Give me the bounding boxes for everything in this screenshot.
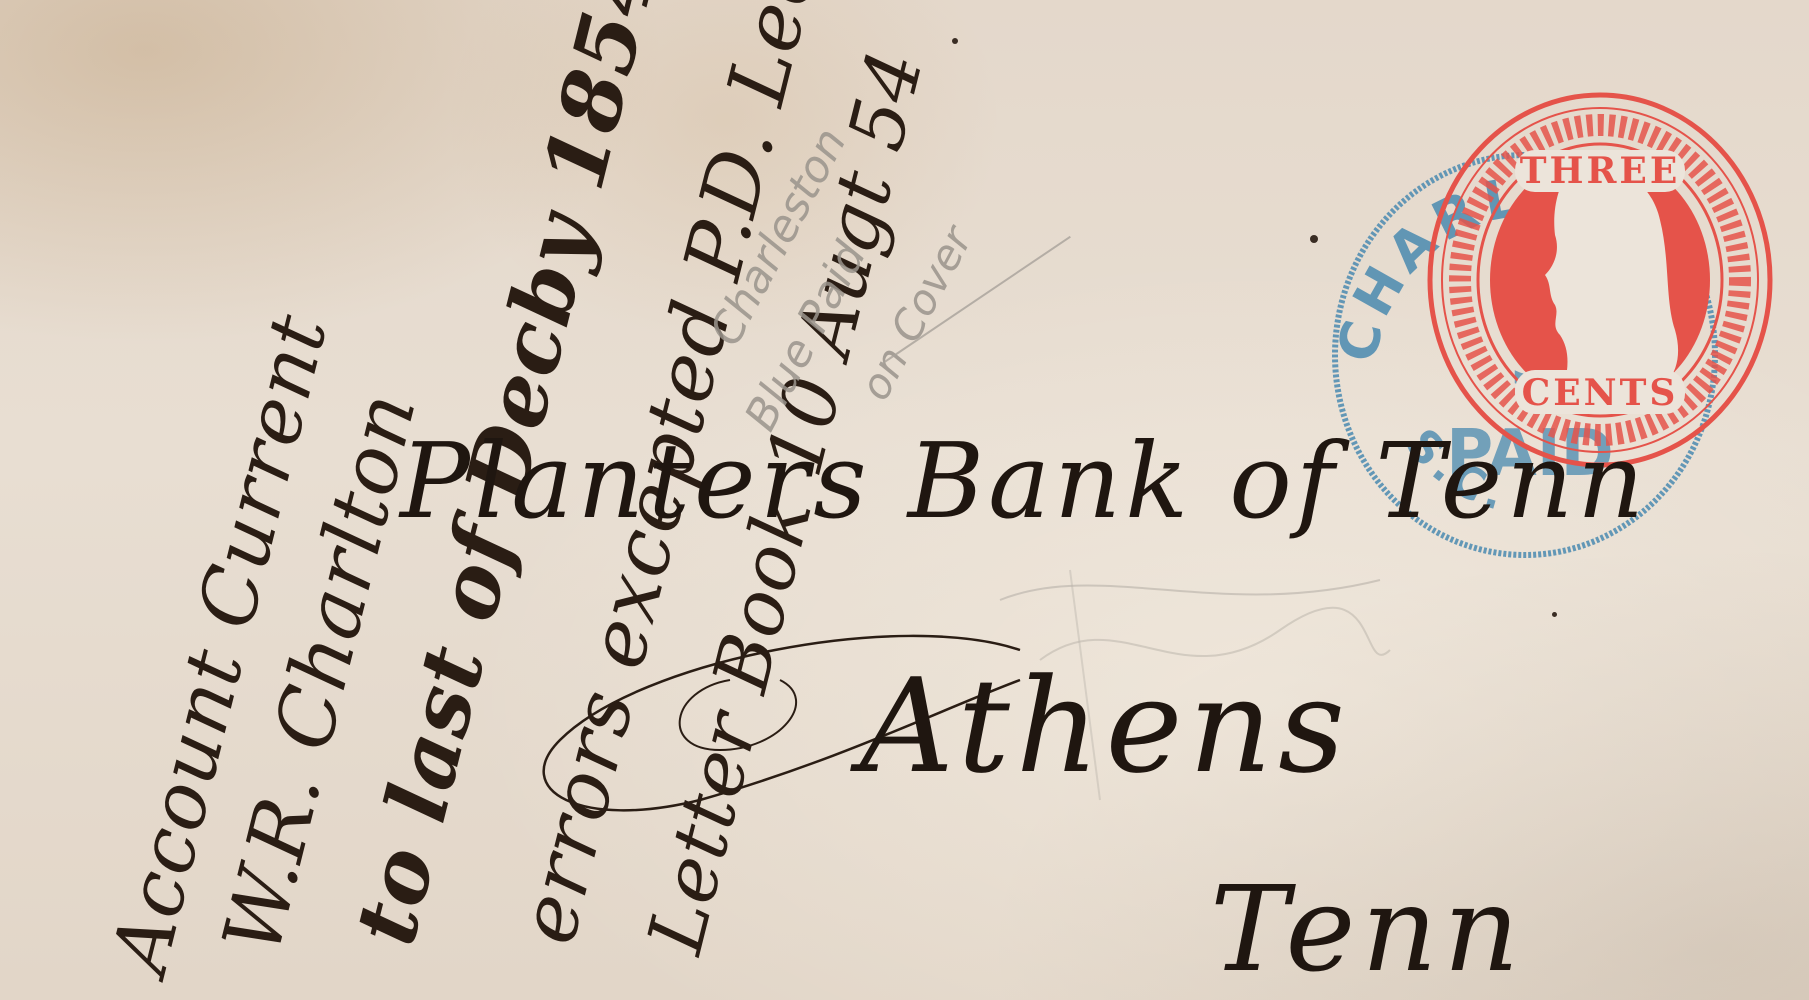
ink-speck [1552,612,1557,617]
postal-cover: Account Current W.R. Charlton to last of… [0,0,1809,1000]
address-addressee: Planters Bank of Tenn [400,420,1648,542]
address-city: Athens [860,650,1351,802]
ink-speck [1310,235,1318,243]
stamp-value-bottom: CENTS [1522,372,1679,414]
address-state: Tenn [1210,860,1525,998]
ink-speck [952,38,958,44]
stamp-value-top: THREE [1520,150,1681,192]
